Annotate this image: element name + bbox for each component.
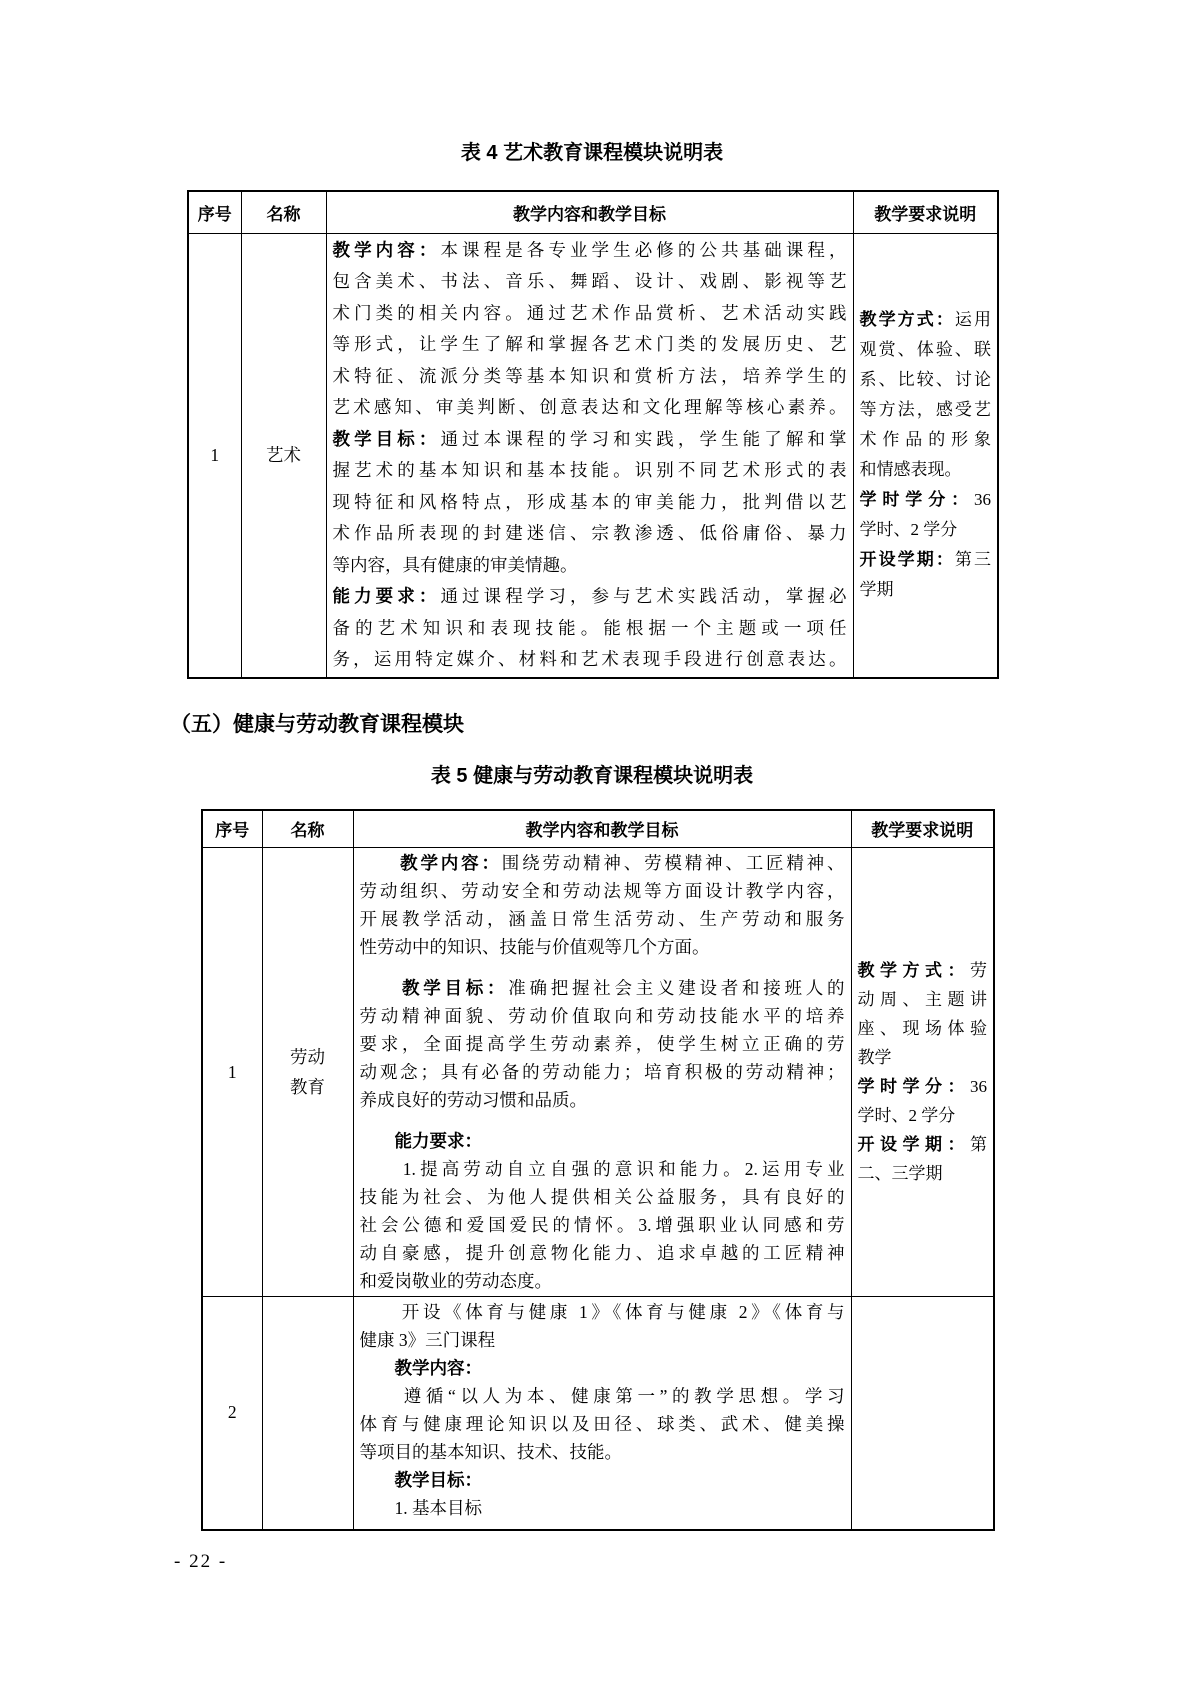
table5-row2-requirement xyxy=(851,1297,994,1530)
table5-header-no: 序号 xyxy=(202,810,262,848)
table4-header-content: 教学内容和教学目标 xyxy=(326,191,853,233)
table5-row1-requirement: 教学方式：劳动周、主题讲座、现场体验教学学时学分：36学时、2 学分开设学期：第… xyxy=(851,848,994,1297)
table4-row1-index: 1 xyxy=(188,233,241,678)
table4-header-no: 序号 xyxy=(188,191,241,233)
table4: 序号 名称 教学内容和教学目标 教学要求说明 1 艺术 教学内容：本课程是各专业… xyxy=(187,190,999,679)
document-page: 表 4 艺术教育课程模块说明表 序号 名称 教学内容和教学目标 教学要求说明 1… xyxy=(0,0,1191,1684)
table4-header-row: 序号 名称 教学内容和教学目标 教学要求说明 xyxy=(188,191,998,233)
table5-row1-name: 劳动教育 xyxy=(262,848,353,1297)
table4-row-1: 1 艺术 教学内容：本课程是各专业学生必修的公共基础课程，包含美术、书法、音乐、… xyxy=(188,233,998,678)
table5-row2-index: 2 xyxy=(202,1297,262,1530)
table5-title: 表 5 健康与劳动教育课程模块说明表 xyxy=(187,763,997,789)
table5: 序号 名称 教学内容和教学目标 教学要求说明 1 劳动教育 教学内容：围绕劳动精… xyxy=(201,809,995,1531)
table4-row1-requirement: 教学方式：运用观赏、体验、联系、比较、讨论等方法，感受艺术作品的形象和情感表现。… xyxy=(853,233,998,678)
table4-row1-content: 教学内容：本课程是各专业学生必修的公共基础课程，包含美术、书法、音乐、舞蹈、设计… xyxy=(326,233,853,678)
table5-row-2: 2 开设《体育与健康 1》《体育与健康 2》《体育与健康 3》三门课程 教学内容… xyxy=(202,1297,994,1530)
table5-header-requirement: 教学要求说明 xyxy=(851,810,994,848)
table5-row2-content: 开设《体育与健康 1》《体育与健康 2》《体育与健康 3》三门课程 教学内容： … xyxy=(353,1297,851,1530)
table5-header-row: 序号 名称 教学内容和教学目标 教学要求说明 xyxy=(202,810,994,848)
table4-header-name: 名称 xyxy=(241,191,326,233)
table4-row1-name: 艺术 xyxy=(241,233,326,678)
table5-header-content: 教学内容和教学目标 xyxy=(353,810,851,848)
table5-row1-index: 1 xyxy=(202,848,262,1297)
section-heading: （五）健康与劳动教育课程模块 xyxy=(170,711,1191,739)
page-number: - 22 - xyxy=(174,1551,1191,1573)
table5-row2-name xyxy=(262,1297,353,1530)
table5-header-name: 名称 xyxy=(262,810,353,848)
table5-row-1: 1 劳动教育 教学内容：围绕劳动精神、劳模精神、工匠精神、劳动组织、劳动安全和劳… xyxy=(202,848,994,1297)
table5-row1-content: 教学内容：围绕劳动精神、劳模精神、工匠精神、劳动组织、劳动安全和劳动法规等方面设… xyxy=(353,848,851,1297)
table4-title: 表 4 艺术教育课程模块说明表 xyxy=(187,140,997,166)
table4-header-requirement: 教学要求说明 xyxy=(853,191,998,233)
